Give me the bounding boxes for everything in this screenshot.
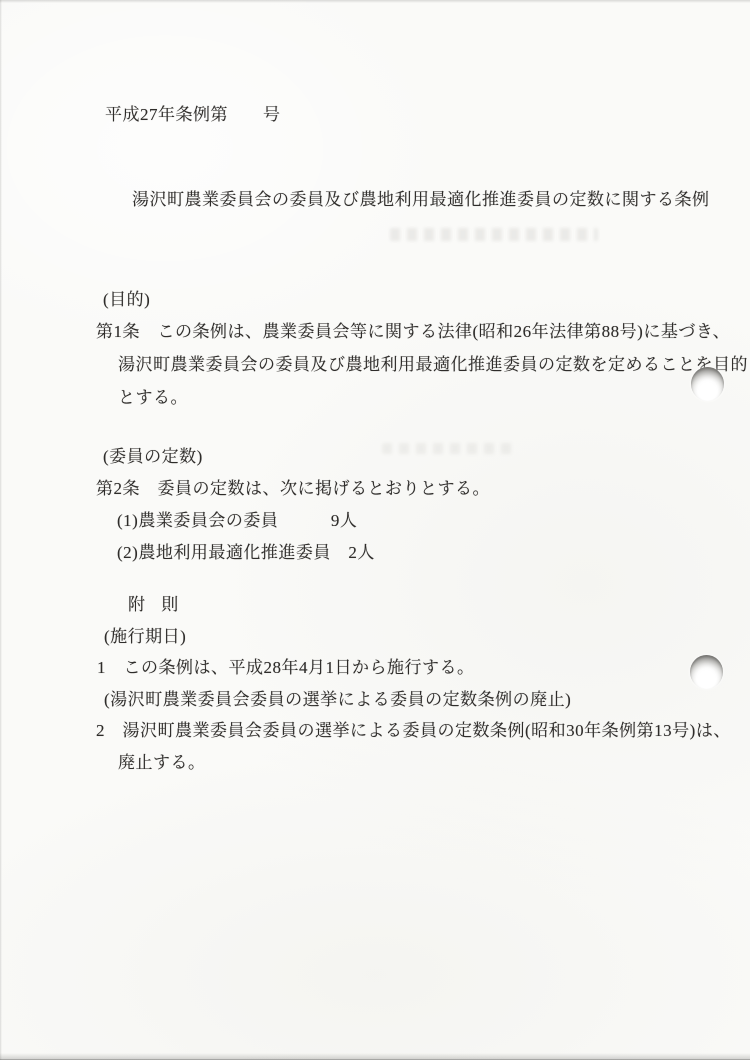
punch-hole-top — [691, 367, 724, 401]
supplementary-clause-1: 1 この条例は、平成28年4月1日から施行する。 — [97, 657, 475, 679]
article-1-line-1: 第1条 この条例は、農業委員会等に関する法律(昭和26年法律第88号)に基づき、 — [96, 321, 730, 343]
scan-edge-bottom — [0, 1053, 750, 1060]
scan-edge-top — [0, 0, 750, 3]
scanned-document-page: 平成27年条例第 号 湯沢町農業委員会の委員及び農地利用最適化推進委員の定数に関… — [0, 0, 750, 1060]
article-2-line: 第2条 委員の定数は、次に掲げるとおりとする。 — [96, 478, 490, 500]
ordinance-number-line: 平成27年条例第 号 — [105, 104, 281, 126]
supplementary-provisions-heading: 附 則 — [128, 594, 184, 616]
enforcement-date-heading: (施行期日) — [104, 626, 186, 648]
bleedthrough-ghost-lower — [382, 443, 514, 454]
quota-item-1: (1)農業委員会の委員 9人 — [117, 510, 357, 532]
scan-edge-left — [0, 0, 2, 1060]
article-1-line-3: とする。 — [118, 387, 188, 409]
bleedthrough-ghost-upper — [390, 228, 598, 241]
purpose-heading: (目的) — [103, 289, 150, 311]
supplementary-clause-2-line-2: 廃止する。 — [118, 752, 206, 774]
member-quota-heading: (委員の定数) — [103, 446, 203, 468]
article-1-line-2: 湯沢町農業委員会の委員及び農地利用最適化推進委員の定数を定めることを目的 — [118, 354, 748, 376]
punch-hole-bottom — [690, 655, 723, 689]
quota-item-2: (2)農地利用最適化推進委員 2人 — [117, 542, 375, 564]
supplementary-clause-2-line-1: 2 湯沢町農業委員会委員の選挙による委員の定数条例(昭和30年条例第13号)は、 — [96, 720, 731, 742]
document-title: 湯沢町農業委員会の委員及び農地利用最適化推進委員の定数に関する条例 — [132, 189, 710, 211]
repeal-heading: (湯沢町農業委員会委員の選挙による委員の定数条例の廃止) — [104, 689, 571, 711]
